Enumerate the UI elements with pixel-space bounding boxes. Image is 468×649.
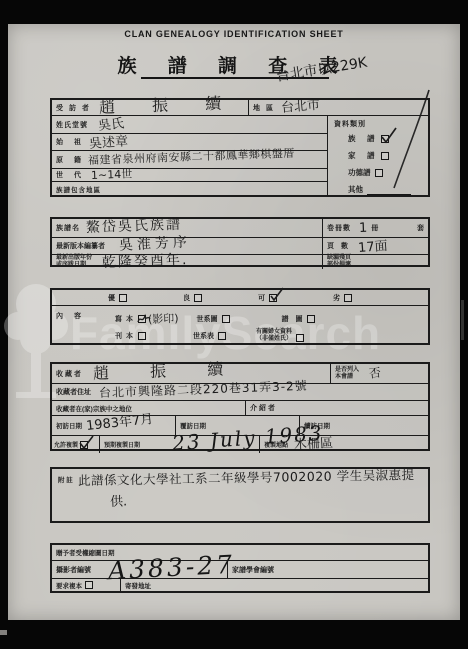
condition-fair-label: 可 [258, 293, 265, 303]
society-number-label: 家譜學會編號 [232, 565, 274, 575]
material-other-label: 其他 [348, 184, 363, 195]
volumes-value: 1 [359, 220, 368, 235]
condition-fair-checkbox [269, 294, 277, 302]
content-label: 內 容 [56, 311, 83, 321]
publish-date-value: 乾隆癸酉年. [102, 249, 189, 272]
lineage-chart-label: 世系圖 [197, 314, 218, 324]
condition-good-checkbox [194, 294, 202, 302]
area-value: 台北市 [280, 94, 321, 116]
remarks-box: 附 註 此譜係文化大學社工系二年級學号7002020 学生吴淑惠提 供. [50, 467, 430, 523]
volumes-unit-volume: 冊 [371, 223, 378, 233]
material-option-family-label: 家 譜 [348, 150, 377, 161]
material-option-family-checkbox [381, 152, 389, 160]
copy-request-label: 要求複本 [56, 581, 82, 590]
condition-table: 保存狀況 優 良 可 劣 [50, 288, 430, 345]
first-visit-label: 初訪日期 [56, 421, 82, 430]
material-type-column: 資料類別 族 譜 家 譜 功德譜 [327, 116, 428, 197]
generations-label: 世 代 [56, 170, 83, 180]
coverage-label: 族譜包含地區 [56, 185, 101, 194]
copy-permission-checkbox [80, 441, 88, 449]
publish-date-label: 最新出版年份 或序跋日期 [56, 255, 92, 269]
condition-good-label: 良 [183, 293, 190, 303]
scanned-paper: FamilySearch CLAN GENEALOGY IDENTIFICATI… [8, 24, 460, 620]
remarks-line2: 供. [110, 490, 128, 510]
damage-label: 缺漏殘頁 部份損壞 [327, 255, 351, 269]
compiler-label: 最新版本編纂者 [56, 241, 105, 251]
manuscript-checkbox [138, 315, 146, 323]
condition-poor-label: 劣 [333, 293, 340, 303]
pages-value: 17面 [357, 234, 388, 255]
remarks-line1: 此譜係文化大學社工系二年級學号7002020 学生吴淑惠提 [78, 465, 415, 489]
origin-label: 原 籍 [56, 155, 83, 165]
material-type-header: 資料類別 [334, 119, 366, 129]
condition-excellent-checkbox [119, 294, 127, 302]
copy-request-checkbox [85, 581, 93, 589]
donor-date-label: 贈予者受權縮圖日期 [56, 548, 115, 557]
genealogy-map-checkbox [307, 315, 315, 323]
photographer-number-label: 攝影者編號 [56, 565, 91, 575]
scan-speck [0, 630, 7, 635]
introducer-label: 介 紹 者 [250, 403, 275, 413]
manuscript-label: 寫 本 [115, 314, 134, 324]
material-option-clan-label: 族 譜 [348, 133, 377, 144]
material-option-clan-checkbox [381, 135, 389, 143]
volumes-unit-set: 套 [417, 223, 424, 233]
lineage-table-checkbox [218, 332, 226, 340]
holder-address-label: 收藏者住址 [56, 387, 91, 397]
print-checkbox [138, 332, 146, 340]
women-data-checkbox [296, 334, 304, 342]
material-other-blank [367, 185, 411, 195]
content-options: 寫 本 (影印) 世系圖 譜 圖 [115, 311, 315, 345]
english-title: CLAN GENEALOGY IDENTIFICATION SHEET [8, 29, 460, 39]
holder-label: 收 藏 者 [56, 369, 81, 379]
pages-label: 頁 數 [327, 241, 348, 251]
listed-value: 否 [368, 363, 382, 382]
scanned-genealogy-sheet: { "header": { "english_title": "CLAN GEN… [0, 0, 468, 649]
condition-poor-checkbox [344, 294, 352, 302]
interviewee-label: 受 訪 者 [56, 103, 91, 113]
check-mark [79, 435, 94, 450]
manuscript-note: (影印) [148, 310, 179, 327]
lineage-chart-checkbox [222, 315, 230, 323]
surname-hall-label: 姓氏堂號 [56, 120, 88, 130]
print-label: 刊 本 [115, 331, 134, 341]
women-data-label: 有關婦女資料 （非僅姓氏） [256, 329, 292, 343]
scan-speck [461, 300, 464, 340]
lineage-table-label: 世系表 [193, 331, 214, 341]
volumes-label: 卷冊數 [327, 223, 351, 233]
check-mark [269, 287, 285, 303]
genealogy-name-label: 族譜名 [56, 223, 80, 233]
listed-label: 是否列入 本會譜 [335, 367, 359, 381]
condition-excellent-label: 優 [108, 293, 115, 303]
holder-table: 收 藏 者 趙 振 續 是否列入 本會譜 否 收藏者住址 台北市興隆路二段220… [50, 362, 430, 451]
first-ancestor-value: 吳述章 [88, 130, 128, 152]
remarks-label: 附 註 [58, 475, 73, 484]
copy-permission-label: 允許複製 [54, 440, 78, 449]
area-label: 地 區 [253, 103, 275, 113]
identity-table: 受 訪 者 趙 振 續 地 區 台北市 姓氏堂號 吳氏 始 祖 [50, 98, 430, 197]
genealogy-map-label: 譜 圖 [282, 314, 303, 324]
filming-table: 贈予者受權縮圖日期 攝影者編號 家譜學會編號 要求複本 寄發地址 A383-27 [50, 543, 430, 593]
check-mark [380, 127, 398, 145]
first-ancestor-label: 始 祖 [56, 137, 83, 147]
genealogy-table: 族譜名 鰲岱吳氏族譜 卷冊數 1 冊 套 最新版本編纂者 吳淮芳序 頁 數 17… [50, 217, 430, 267]
material-option-merit-label: 功德譜 [348, 167, 371, 178]
material-option-merit-checkbox [375, 169, 383, 177]
copy-date-label: 預期複製日期 [104, 440, 140, 449]
